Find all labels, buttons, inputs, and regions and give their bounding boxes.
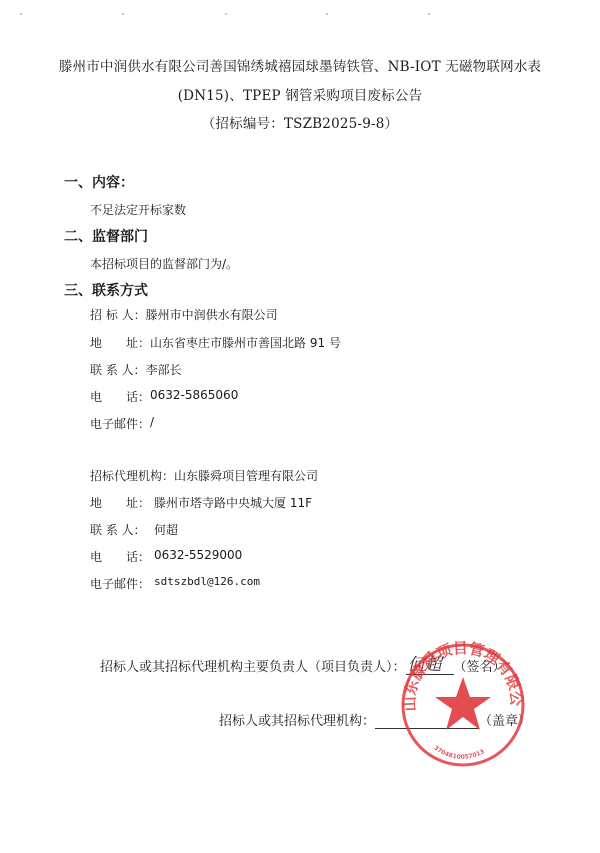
scan-mark	[225, 13, 227, 15]
company-seal-icon: 山东滕舜项目管理有限公司 3704810057013	[398, 633, 528, 773]
section-heading-supervision: 二、监督部门	[64, 226, 148, 246]
section-body-content: 不足法定开标家数	[90, 201, 186, 218]
tenderer-email: /	[150, 415, 154, 432]
agency-phone-row: 电 话： 0632-5529000	[90, 548, 242, 565]
agency-org-row: 招标代理机构： 山东滕舜项目管理有限公司	[90, 467, 318, 484]
label: 地 址：	[90, 334, 150, 351]
scan-mark	[20, 13, 22, 15]
label: 联 系 人：	[90, 521, 154, 538]
scan-mark	[428, 13, 430, 15]
tenderer-addr-row: 地 址： 山东省枣庄市滕州市善国北路 91 号	[90, 334, 341, 351]
tenderer-phone-row: 电 话： 0632-5865060	[90, 388, 238, 405]
label: 联 系 人：	[90, 361, 146, 378]
agency-org: 山东滕舜项目管理有限公司	[174, 467, 318, 484]
label: 电子邮件：	[90, 575, 154, 592]
label: 招 标 人：	[90, 306, 146, 323]
section-body-supervision: 本招标项目的监督部门为/。	[90, 255, 238, 272]
agency-addr: 滕州市塔寺路中央城大厦 11F	[154, 494, 312, 511]
tenderer-org: 滕州市中润供水有限公司	[146, 306, 278, 323]
agency-addr-row: 地 址： 滕州市塔寺路中央城大厦 11F	[90, 494, 312, 511]
svg-text:3704810057013: 3704810057013	[432, 744, 485, 760]
signature-label: 招标人或其招标代理机构主要负责人（项目负责人）：	[100, 660, 406, 675]
tenderer-addr: 山东省枣庄市滕州市善国北路 91 号	[150, 334, 341, 351]
tenderer-email-row: 电子邮件： /	[90, 415, 154, 432]
tenderer-contact: 李部长	[146, 361, 182, 378]
section-heading-contact: 三、联系方式	[64, 280, 148, 300]
label: 招标代理机构：	[90, 467, 174, 484]
label: 电 话：	[90, 548, 154, 565]
tenderer-phone: 0632-5865060	[150, 388, 238, 405]
agency-contact-row: 联 系 人： 何超	[90, 521, 178, 538]
tenderer-org-row: 招 标 人： 滕州市中润供水有限公司	[90, 306, 278, 323]
tenderer-contact-row: 联 系 人： 李部长	[90, 361, 182, 378]
scan-mark	[326, 13, 328, 15]
label: 电子邮件：	[90, 415, 150, 432]
agency-contact: 何超	[154, 521, 178, 538]
section-heading-content: 一、内容：	[64, 172, 134, 192]
scan-mark	[122, 13, 124, 15]
seal-label: 招标人或其招标代理机构：	[219, 714, 375, 729]
label: 电 话：	[90, 388, 150, 405]
doc-tender-number: （招标编号：TSZB2025-9-8）	[0, 112, 600, 132]
agency-phone: 0632-5529000	[154, 548, 242, 565]
agency-email-row: 电子邮件： sdtszbdl@126.com	[90, 575, 260, 592]
doc-title-line2: (DN15)、TPEP 钢管采购项目废标公告	[0, 84, 600, 104]
agency-email: sdtszbdl@126.com	[154, 575, 260, 592]
label: 地 址：	[90, 494, 154, 511]
doc-title-line1: 滕州市中润供水有限公司善国锦绣城禧园球墨铸铁管、NB-IOT 无磁物联网水表	[0, 55, 600, 75]
